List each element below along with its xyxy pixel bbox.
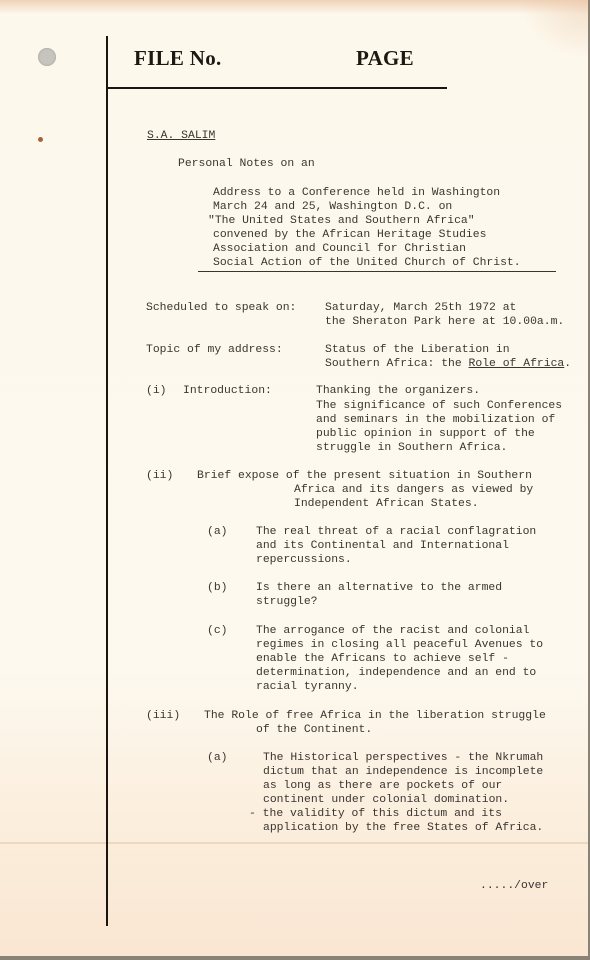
topic-text: .	[564, 358, 571, 370]
address-line: March 24 and 25, Washington D.C. on	[213, 200, 452, 214]
item-line: regimes in closing all peaceful Avenues …	[256, 638, 543, 652]
schedule-label: Scheduled to speak on:	[146, 301, 296, 315]
item-line: enable the Africans to achieve self -	[256, 652, 509, 666]
item-line: and its Continental and International	[256, 539, 509, 553]
paper-stain	[0, 0, 588, 14]
paper-fold	[0, 842, 588, 844]
page-label: PAGE	[356, 46, 414, 71]
section-line: of the Continent.	[256, 723, 372, 737]
item-line: repercussions.	[256, 553, 352, 567]
item-line: determination, independence and an end t…	[256, 666, 536, 680]
item-label: (a)	[207, 751, 228, 765]
item-line: The Historical perspectives - the Nkruma…	[263, 751, 543, 765]
section-line: Thanking the organizers.	[316, 384, 480, 398]
item-line: Is there an alternative to the armed	[256, 581, 502, 595]
item-line: racial tyranny.	[256, 680, 359, 694]
header-rule	[107, 87, 447, 89]
topic-line: Status of the Liberation in	[325, 343, 510, 357]
item-label: (c)	[207, 624, 228, 638]
item-line: - the validity of this dictum and its	[249, 807, 502, 821]
section-line: public opinion in support of the	[316, 427, 535, 441]
document-page: FILE No. PAGE S.A. SALIM Personal Notes …	[0, 0, 588, 956]
item-line: struggle?	[256, 595, 318, 609]
schedule-line: the Sheraton Park here at 10.00a.m.	[325, 315, 564, 329]
item-line: continent under colonial domination.	[263, 793, 509, 807]
section-line: struggle in Southern Africa.	[316, 441, 507, 455]
punch-hole	[38, 48, 56, 66]
ink-spot	[38, 137, 43, 142]
section-number: (i)	[146, 384, 167, 398]
address-line: "The United States and Southern Africa"	[208, 214, 475, 228]
address-line: Address to a Conference held in Washingt…	[213, 186, 500, 200]
author-name: S.A. SALIM	[147, 129, 215, 143]
section-line: Africa and its dangers as viewed by	[294, 483, 533, 497]
item-line: as long as there are pockets of our	[263, 779, 502, 793]
section-number: (iii)	[146, 709, 180, 723]
margin-rule	[106, 36, 108, 926]
item-line: The real threat of a racial conflagratio…	[256, 525, 536, 539]
topic-line: Southern Africa: the Role of Africa.	[325, 357, 571, 371]
schedule-line: Saturday, March 25th 1972 at	[325, 301, 516, 315]
section-line: Brief expose of the present situation in…	[197, 469, 532, 483]
topic-text: Southern Africa: the	[325, 358, 469, 370]
item-line: dictum that an independence is incomplet…	[263, 765, 543, 779]
file-number-label: FILE No.	[134, 46, 222, 71]
address-line: Association and Council for Christian	[213, 242, 466, 256]
continued-over-note: ...../over	[480, 879, 548, 893]
topic-label: Topic of my address:	[146, 343, 283, 357]
item-line: The arrogance of the racist and colonial	[256, 624, 529, 638]
address-line: Social Action of the United Church of Ch…	[213, 256, 521, 270]
section-label: Introduction:	[183, 384, 272, 398]
section-number: (ii)	[146, 469, 173, 483]
item-label: (b)	[207, 581, 228, 595]
section-line: The significance of such Conferences	[316, 399, 562, 413]
section-line: Independent African States.	[294, 497, 479, 511]
item-label: (a)	[207, 525, 228, 539]
section-line: The Role of free Africa in the liberatio…	[204, 709, 546, 723]
address-underline	[198, 271, 556, 272]
section-line: and seminars in the mobilization of	[316, 413, 555, 427]
address-line: convened by the African Heritage Studies	[213, 228, 486, 242]
topic-emphasis: Role of Africa	[469, 358, 565, 370]
intro-line: Personal Notes on an	[178, 157, 315, 171]
item-line: application by the free States of Africa…	[263, 821, 543, 835]
paper-stain	[518, 0, 588, 60]
